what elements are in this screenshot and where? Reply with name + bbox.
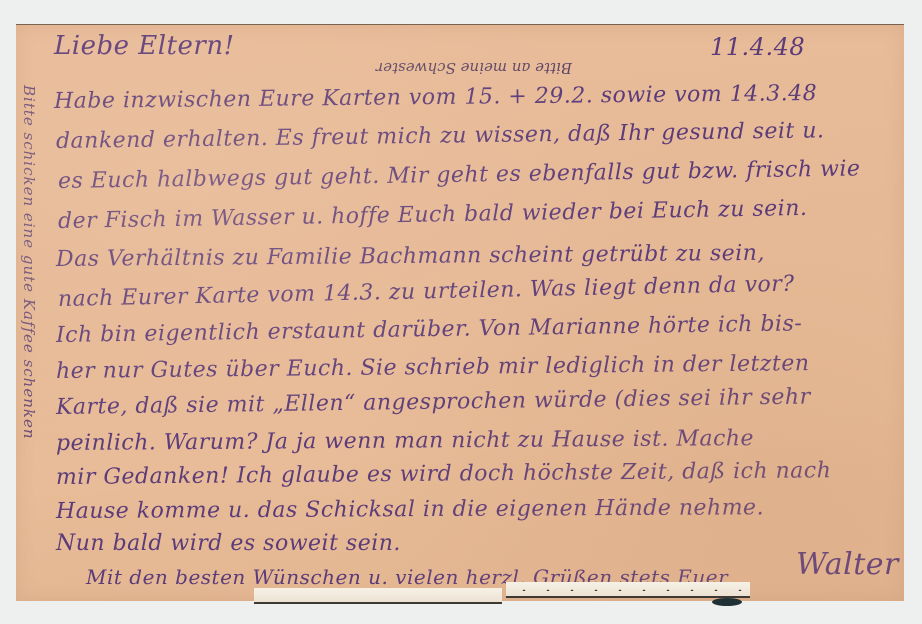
body-line: Ich bin eigentlich erstaunt darüber. Von…: [56, 311, 803, 348]
signature: Walter: [796, 547, 899, 582]
body-line: her nur Gutes über Euch. Sie schrieb mir…: [56, 351, 810, 384]
tape-strip: [254, 588, 502, 604]
tape-strip-stitched: [506, 582, 750, 598]
ink-blot: [712, 598, 742, 606]
body-line: Das Verhältnis zu Familie Bachmann schei…: [56, 241, 765, 272]
body-line: Karte, daß sie mit „Ellen“ angesprochen …: [56, 384, 811, 420]
body-line: mir Gedanken! Ich glaube es wird doch hö…: [56, 458, 832, 490]
upside-down-note: Bitte an meine Schwester: [376, 59, 572, 77]
body-line: peinlich. Warum? Ja ja wenn man nicht zu…: [56, 426, 754, 456]
greeting: Liebe Eltern!: [54, 31, 235, 61]
body-line: es Euch halbwegs gut geht. Mir geht es e…: [58, 156, 861, 194]
letter-date: 11.4.48: [710, 33, 805, 61]
body-line: Hause komme u. das Schicksal in die eige…: [56, 495, 764, 524]
stitch-dots: [512, 589, 744, 591]
body-line: der Fisch im Wasser u. hoffe Euch bald w…: [58, 196, 808, 234]
body-line: nach Eurer Karte vom 14.3. zu urteilen. …: [58, 272, 795, 312]
postcard: Bitte schicken eine gute Kaffee schenken…: [16, 24, 904, 601]
body-line: Nun bald wird es soweit sein.: [56, 531, 401, 556]
body-line: dankend erhalten. Es freut mich zu wisse…: [56, 118, 825, 154]
margin-note: Bitte schicken eine gute Kaffee schenken: [20, 85, 38, 440]
body-line: Habe inzwischen Eure Karten vom 15. + 29…: [54, 81, 817, 114]
